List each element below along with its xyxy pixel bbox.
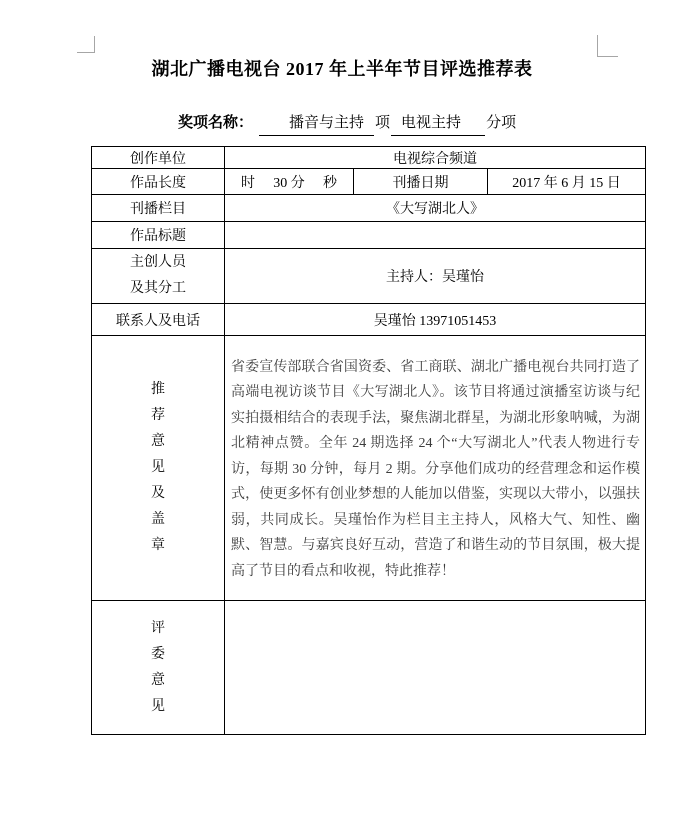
duration-minute: 30 分 xyxy=(273,172,305,192)
jury-value xyxy=(225,601,646,735)
table-row-broadcast-column: 刊播栏目 《大写湖北人》 xyxy=(92,195,646,222)
text-boundary-corner-mark-left xyxy=(77,36,95,53)
creators-value: 主持人：吴瑾怡 xyxy=(225,249,646,304)
document-page: { "colors": { "ink": "#000000", "paragra… xyxy=(0,0,684,836)
contact-label: 联系人及电话 xyxy=(92,304,225,336)
recommendation-value: 省委宣传部联合省国资委、省工商联、湖北广播电视台共同打造了高端电视访谈节目《大写… xyxy=(225,336,646,601)
table-row-creation-unit: 创作单位 电视综合频道 xyxy=(92,147,646,169)
broadcast-date-value: 2017 年 6 月 15 日 xyxy=(488,169,646,195)
award-name-label: 奖项名称： xyxy=(178,115,253,131)
contact-value: 吴瑾怡 13971051453 xyxy=(225,304,646,336)
table-row-recommendation: 推荐意见及盖章 省委宣传部联合省国资委、省工商联、湖北广播电视台共同打造了高端电… xyxy=(92,336,646,601)
broadcast-date-label: 刊播日期 xyxy=(354,169,488,195)
table-row-work-length: 作品长度 时 30 分 秒 刊播日期 2017 年 6 月 15 日 xyxy=(92,169,646,195)
award-name-line: 奖项名称：播音与主持项电视主持分项 xyxy=(178,112,684,136)
table-row-contact: 联系人及电话 吴瑾怡 13971051453 xyxy=(92,304,646,336)
creators-label-line1: 主创人员 xyxy=(92,250,224,276)
creation-unit-value: 电视综合频道 xyxy=(225,147,646,169)
broadcast-column-label: 刊播栏目 xyxy=(92,195,225,222)
award-unit-word: 项 xyxy=(374,115,391,131)
award-subcategory-blank: 电视主持 xyxy=(391,112,485,136)
recommendation-table: 创作单位 电视综合频道 作品长度 时 30 分 秒 刊播日期 2017 年 6 … xyxy=(91,146,646,735)
recommendation-paragraph: 省委宣传部联合省国资委、省工商联、湖北广播电视台共同打造了高端电视访谈节目《大写… xyxy=(225,352,645,585)
text-boundary-corner-mark-right xyxy=(597,35,618,57)
jury-label: 评委意见 xyxy=(92,601,225,735)
recommendation-label: 推荐意见及盖章 xyxy=(92,336,225,601)
creators-label-line2: 及其分工 xyxy=(92,276,224,302)
jury-label-text: 评委意见 xyxy=(150,616,167,720)
duration-hour: 时 xyxy=(241,172,255,192)
broadcast-column-value: 《大写湖北人》 xyxy=(225,195,646,222)
duration-second: 秒 xyxy=(323,172,337,192)
creation-unit-label: 创作单位 xyxy=(92,147,225,169)
work-length-label: 作品长度 xyxy=(92,169,225,195)
table-row-work-title: 作品标题 xyxy=(92,222,646,249)
creators-label: 主创人员 及其分工 xyxy=(92,249,225,304)
award-category-blank: 播音与主持 xyxy=(259,112,374,136)
work-title-value xyxy=(225,222,646,249)
award-suffix-word: 分项 xyxy=(485,115,517,131)
work-length-value: 时 30 分 秒 xyxy=(225,169,354,195)
page-title: 湖北广播电视台 2017 年上半年节目评选推荐表 xyxy=(0,57,684,82)
work-title-label: 作品标题 xyxy=(92,222,225,249)
table-row-jury: 评委意见 xyxy=(92,601,646,735)
table-row-creators: 主创人员 及其分工 主持人：吴瑾怡 xyxy=(92,249,646,304)
recommendation-label-text: 推荐意见及盖章 xyxy=(150,377,167,559)
